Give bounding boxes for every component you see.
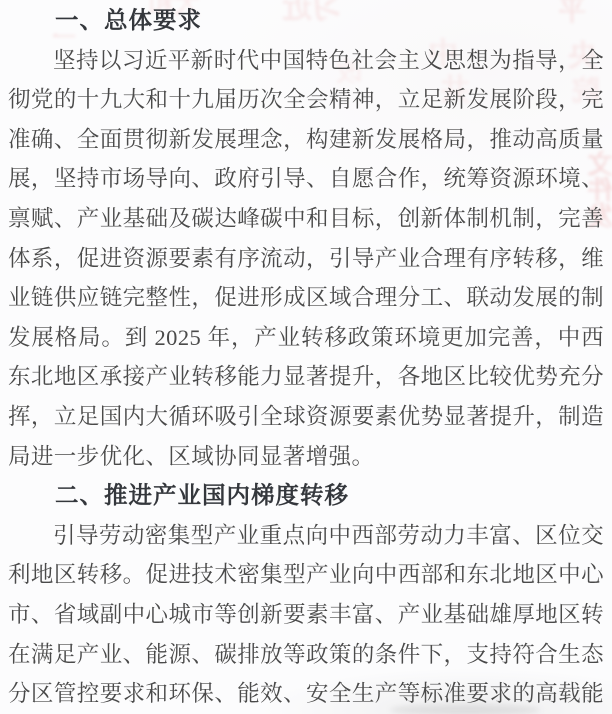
- text-line: 准确、全面贯彻新发展理念，构建新发展格局，推动高质量发: [8, 120, 604, 160]
- text-line: 坚持以习近平新时代中国特色社会主义思想为指导，全面贯: [8, 41, 604, 81]
- text-line: 东北地区承接产业转移能力显著提升，各地区比较优势充分发: [8, 357, 604, 397]
- text-line: 体系，促进资源要素有序流动，引导产业合理有序转移，维护产: [8, 239, 604, 279]
- section-heading-1: 一、总体要求: [8, 1, 604, 41]
- text-line: 挥，立足国内大循环吸引全球资源要素优势显著提升，制造业布: [8, 397, 604, 437]
- text-line: 发展格局。到 2025 年，产业转移政策环境更加完善，中西部、: [8, 318, 604, 358]
- section-heading-2: 二、推进产业国内梯度转移: [8, 476, 604, 516]
- scanned-document-page: { "page": { "background_color": "#fcfcfd…: [0, 0, 612, 714]
- text-line: 分区管控要求和环保、能效、安全生产等标准要求的高载能行业: [8, 674, 604, 714]
- text-line: 展，坚持市场导向、政府引导、自愿合作，统筹资源环境、要素: [8, 159, 604, 199]
- text-line: 局进一步优化、区域协同显著增强。: [8, 437, 604, 477]
- text-line: 彻党的十九大和十九届历次全会精神，立足新发展阶段，完整、: [8, 80, 604, 120]
- text-line: 利地区转移。促进技术密集型产业向中西部和东北地区中心城: [8, 555, 604, 595]
- text-line: 市、省域副中心城市等创新要素丰富、产业基础雄厚地区转移。: [8, 595, 604, 635]
- text-line: 禀赋、产业基础及碳达峰碳中和目标，创新体制机制，完善政策: [8, 199, 604, 239]
- text-line: 引导劳动密集型产业重点向中西部劳动力丰富、区位交通便: [8, 516, 604, 556]
- text-line: 业链供应链完整性，促进形成区域合理分工、联动发展的制造业: [8, 278, 604, 318]
- text-line: 在满足产业、能源、碳排放等政策的条件下，支持符合生态环境: [8, 635, 604, 675]
- document-text-block: 一、总体要求 坚持以习近平新时代中国特色社会主义思想为指导，全面贯 彻党的十九大…: [8, 1, 604, 714]
